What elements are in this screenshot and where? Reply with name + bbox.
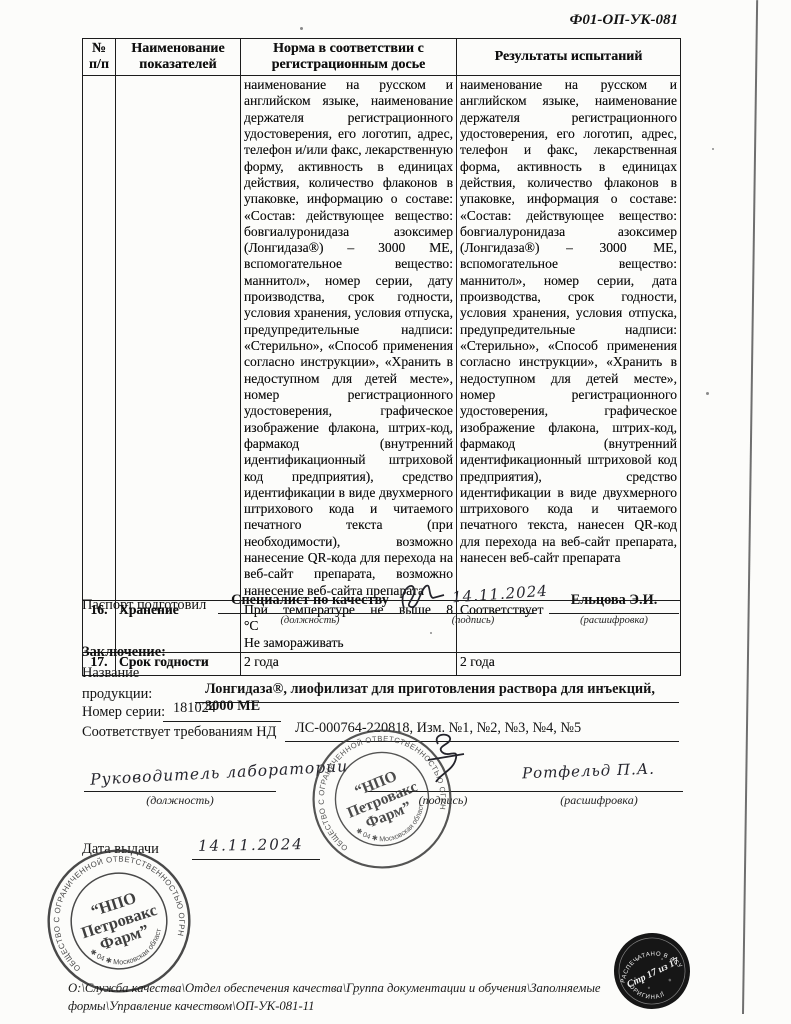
product-name-label: Название продукции: <box>82 663 152 705</box>
series-field: 181024 <box>163 700 281 722</box>
passport-name-caption: (расшифровка) <box>549 614 679 626</box>
passport-name-field: Ельцова Э.И. (расшифровка) <box>549 592 679 626</box>
passport-prepared-label: Паспорт подготовил <box>82 597 206 614</box>
series-label: Номер серии: <box>82 704 165 721</box>
passport-position-value: Специалист по качеству <box>218 592 402 614</box>
approval-name-line <box>515 770 683 792</box>
signature-scribble-icon <box>418 730 470 790</box>
form-code: Ф01-ОП-УК-081 <box>540 12 678 29</box>
series-value: 181024 <box>163 700 281 722</box>
col-header-norm: Норма в соответствии с регистрационным д… <box>241 39 457 76</box>
row15-num <box>83 76 116 601</box>
signature-scribble-icon <box>396 578 458 616</box>
passport-position-field: Специалист по качеству (должность) <box>218 592 402 626</box>
col-header-name: Наименование показателей <box>116 39 241 76</box>
passport-position-caption: (должность) <box>218 614 402 626</box>
approval-position-line <box>84 770 276 792</box>
approval-position-caption: (должность) <box>84 792 276 808</box>
table-row-15-continuation: наименование на русском и английском язы… <box>83 76 681 601</box>
scan-speck <box>712 148 714 150</box>
row15-result-paragraph: наименование на русском и английском язы… <box>457 76 681 601</box>
table-row-17: 17. Срок годности 2 года 2 года <box>83 652 681 675</box>
test-results-table: № п/п Наименование показателей Норма в с… <box>82 38 681 676</box>
row17-norm: 2 года <box>241 652 457 675</box>
approval-name-caption: (расшифровка) <box>515 792 683 808</box>
scan-edge-line <box>742 0 758 1014</box>
approval-position-field: (должность) <box>84 770 276 808</box>
scan-speck <box>706 392 709 395</box>
issue-date-handwritten: 14.11.2024 <box>198 835 304 855</box>
approval-name-field: (расшифровка) <box>515 770 683 808</box>
row15-name <box>116 76 241 601</box>
row15-norm-paragraph: наименование на русском и английском язы… <box>241 76 457 601</box>
passport-name-value: Ельцова Э.И. <box>549 592 679 614</box>
col-header-result: Результаты испытаний <box>457 39 681 76</box>
footer-file-path: О:\Служба качества\Отдел обеспечения кач… <box>68 979 668 1016</box>
scan-speck <box>430 632 432 634</box>
table-header-row: № п/п Наименование показателей Норма в с… <box>83 39 681 76</box>
col-header-num: № п/п <box>83 39 116 76</box>
nd-compliance-label: Соответствует требованиям НД <box>82 724 276 741</box>
row17-result: 2 года <box>457 652 681 675</box>
scan-speck <box>300 27 303 30</box>
conclusion-title: Заключение: <box>82 644 166 661</box>
document-page: Ф01-ОП-УК-081 № п/п Наименование показат… <box>0 0 791 1024</box>
